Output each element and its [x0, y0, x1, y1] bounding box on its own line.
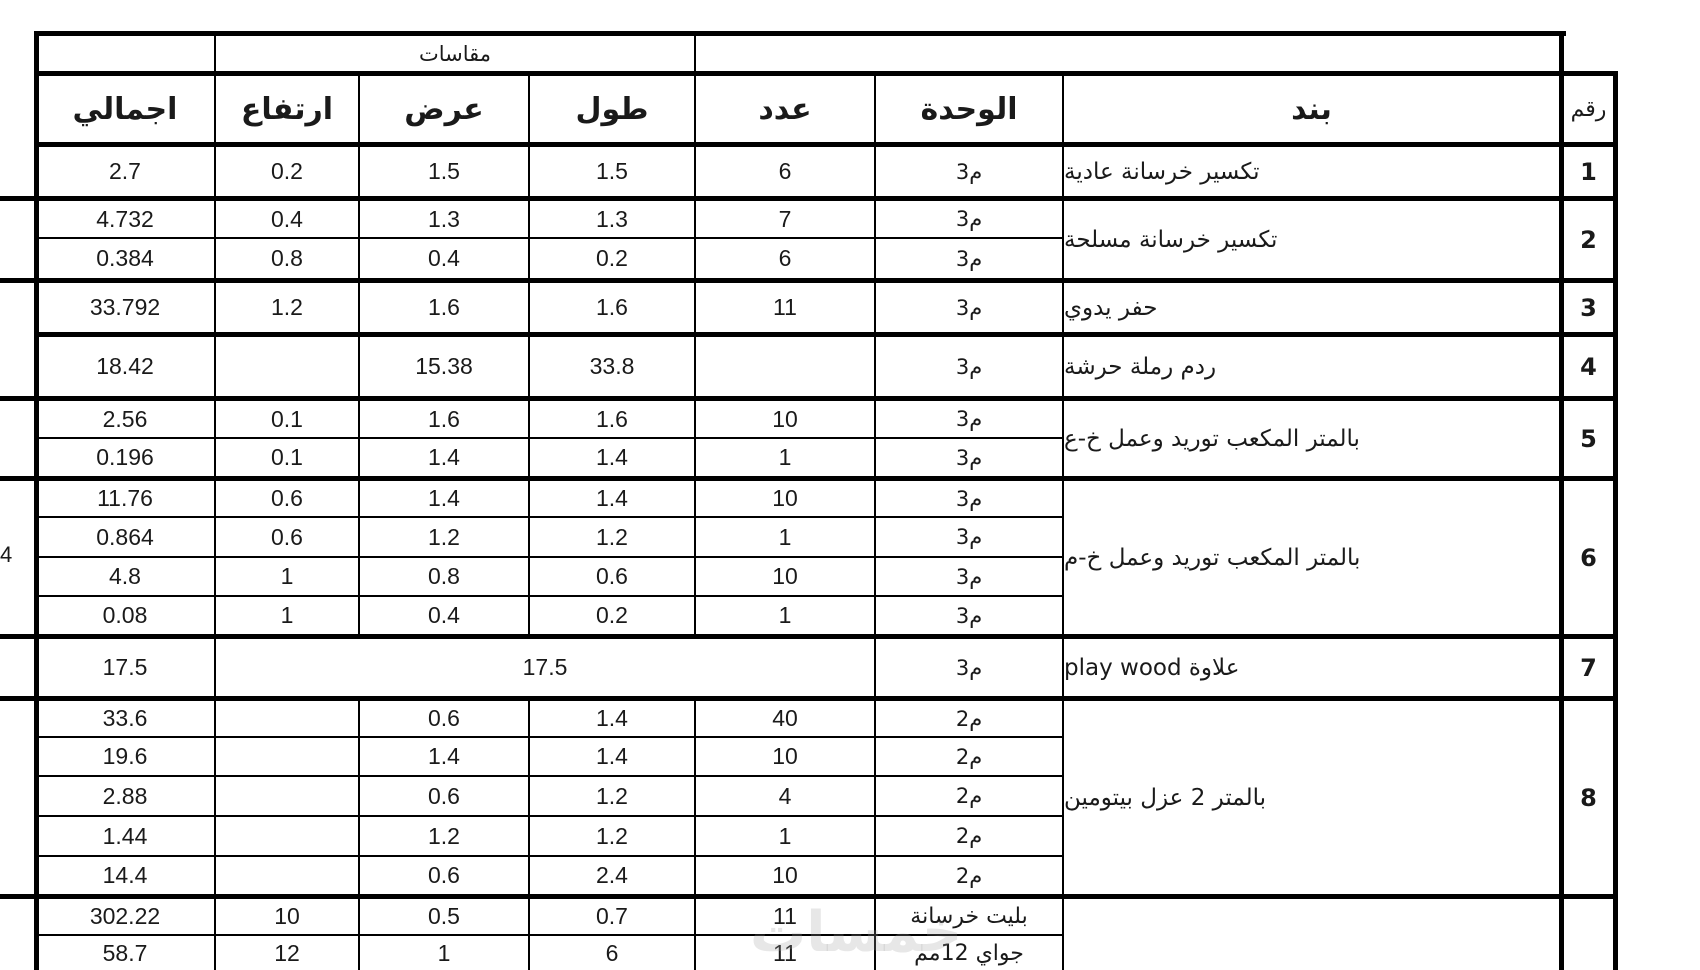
column-header-unit: الوحدة: [876, 76, 1062, 142]
cell-height: 0.1: [216, 401, 358, 437]
item-description: تكسير خرسانة مسلحة: [1064, 201, 1559, 278]
cell-unit: م3: [876, 481, 1062, 516]
cell-length: 0.7: [530, 899, 694, 934]
cell-height: [216, 857, 358, 894]
cell-height: [216, 817, 358, 855]
cell-height: [216, 777, 358, 815]
cell-height: 0.6: [216, 481, 358, 516]
cell-width: 1.4: [360, 481, 528, 516]
column-header-length: طول: [530, 76, 694, 142]
cell-unit: م3: [876, 439, 1062, 476]
cell-width: 0.4: [360, 239, 528, 278]
cell-unit: م2: [876, 701, 1062, 736]
cell-height: [216, 701, 358, 736]
cell-total: 2.88: [36, 777, 214, 815]
cell-count: 11: [696, 899, 874, 934]
cell-unit: م3: [876, 147, 1062, 196]
cell-width: 1.5: [360, 147, 528, 196]
item-number: 5: [1564, 401, 1613, 476]
cell-width: 1: [360, 936, 528, 970]
item-description: ردم رملة حرشة: [1064, 337, 1559, 396]
cell-count: 6: [696, 147, 874, 196]
cell-width: 1.4: [360, 439, 528, 476]
cell-width: 1.2: [360, 817, 528, 855]
cell-count: 6: [696, 239, 874, 278]
group-header-measurements: مقاسات: [216, 36, 694, 72]
cell-count: 1: [696, 597, 874, 634]
cell-length: 1.4: [530, 701, 694, 736]
cell-length: 1.2: [530, 817, 694, 855]
item-description: بالمتر 2 عزل بيتومين: [1064, 701, 1559, 894]
cell-height: 1: [216, 597, 358, 634]
cell-count: 10: [696, 738, 874, 775]
cell-width: 0.8: [360, 558, 528, 595]
cell-length: 1.3: [530, 201, 694, 237]
cell-unit: جواي 12مم: [876, 936, 1062, 970]
cell-length: 1.4: [530, 481, 694, 516]
cell-unit: م2: [876, 817, 1062, 855]
cell-count: 11: [696, 283, 874, 332]
cell-width: 0.6: [360, 701, 528, 736]
cell-length: 1.2: [530, 777, 694, 815]
cell-height: 10: [216, 899, 358, 934]
cell-total: 33.6: [36, 701, 214, 736]
cell-total: 0.864: [36, 518, 214, 556]
item-description: بالمتر المكعب توريد وعمل خ-ع: [1064, 401, 1559, 476]
item-number: 4: [1564, 337, 1613, 396]
cell-length: 0.6: [530, 558, 694, 595]
cell-height: 0.8: [216, 239, 358, 278]
cell-unit: م2: [876, 857, 1062, 894]
cell-height: 0.6: [216, 518, 358, 556]
cell-width: 1.3: [360, 201, 528, 237]
cell-width: 0.6: [360, 777, 528, 815]
cell-count: 10: [696, 401, 874, 437]
cell-length: 0.2: [530, 597, 694, 634]
cell-width: 0.5: [360, 899, 528, 934]
column-header-height: ارتفاع: [216, 76, 358, 142]
cell-count: 1: [696, 817, 874, 855]
cell-length: 33.8: [530, 337, 694, 396]
item-number: 6: [1564, 481, 1613, 634]
column-header-width: عرض: [360, 76, 528, 142]
cell-length: 1.6: [530, 401, 694, 437]
item-number: 2: [1564, 201, 1613, 278]
cell-count: 10: [696, 558, 874, 595]
cell-count: 4: [696, 777, 874, 815]
item-number: 8: [1564, 701, 1613, 894]
cell-unit: م2: [876, 738, 1062, 775]
cell-total: 14.4: [36, 857, 214, 894]
cell-unit: م3: [876, 401, 1062, 437]
cell-width: 1.6: [360, 401, 528, 437]
cell-width: 1.2: [360, 518, 528, 556]
cell-length: 0.2: [530, 239, 694, 278]
cell-count: 7: [696, 201, 874, 237]
column-header-total: اجمالي: [36, 76, 214, 142]
cell-total: 4.8: [36, 558, 214, 595]
cell-height: 1: [216, 558, 358, 595]
cell-width: 0.4: [360, 597, 528, 634]
cell-unit: م3: [876, 597, 1062, 634]
item-number: 1: [1564, 147, 1613, 196]
cell-unit: م3: [876, 558, 1062, 595]
cut-off-fragment: 4: [0, 476, 14, 634]
cell-length: 6: [530, 936, 694, 970]
column-header-count: عدد: [696, 76, 874, 142]
cell-length: 1.5: [530, 147, 694, 196]
cell-count: 10: [696, 481, 874, 516]
cell-total: 302.22: [36, 899, 214, 934]
cell-total: 58.7: [36, 936, 214, 970]
cell-total: 1.44: [36, 817, 214, 855]
cell-merged-measurement: 17.5: [216, 639, 874, 696]
cell-unit: م3: [876, 518, 1062, 556]
cell-height: 1.2: [216, 283, 358, 332]
item-description: تكسير خرسانة عادية: [1064, 147, 1559, 196]
cell-height: 12: [216, 936, 358, 970]
cell-total: 2.7: [36, 147, 214, 196]
cell-width: 1.4: [360, 738, 528, 775]
cell-total: 0.08: [36, 597, 214, 634]
cell-length: 1.6: [530, 283, 694, 332]
item-description: بالمتر المكعب توريد وعمل خ-م: [1064, 481, 1559, 634]
cell-count: 1: [696, 439, 874, 476]
cell-count: 1: [696, 518, 874, 556]
cell-unit: م3: [876, 201, 1062, 237]
cell-unit: م3: [876, 639, 1062, 696]
cell-height: 0.4: [216, 201, 358, 237]
column-header-number: رقم: [1564, 76, 1613, 142]
cell-total: 18.42: [36, 337, 214, 396]
cell-count: 10: [696, 857, 874, 894]
cell-height: 0.1: [216, 439, 358, 476]
col-border-right: [1613, 71, 1618, 970]
cell-count: 40: [696, 701, 874, 736]
cell-length: 1.4: [530, 439, 694, 476]
cell-unit: بليت خرسانة: [876, 899, 1062, 934]
cell-length: 1.2: [530, 518, 694, 556]
cell-width: 1.6: [360, 283, 528, 332]
cell-total: 2.56: [36, 401, 214, 437]
cell-width: 15.38: [360, 337, 528, 396]
item-number: 3: [1564, 283, 1613, 332]
cell-height: [216, 738, 358, 775]
cell-unit: م3: [876, 337, 1062, 396]
cell-height: [216, 337, 358, 396]
cell-width: 0.6: [360, 857, 528, 894]
cell-unit: م2: [876, 777, 1062, 815]
item-description: حفر يدوي: [1064, 283, 1559, 332]
cell-count: [696, 337, 874, 396]
cell-length: 1.4: [530, 738, 694, 775]
item-description: علاوة play wood: [1064, 639, 1559, 696]
cell-unit: م3: [876, 239, 1062, 278]
cell-total: 19.6: [36, 738, 214, 775]
cell-count: 11: [696, 936, 874, 970]
cell-unit: م3: [876, 283, 1062, 332]
cell-height: 0.2: [216, 147, 358, 196]
item-number: 7: [1564, 639, 1613, 696]
cell-total: 11.76: [36, 481, 214, 516]
cell-total: 17.5: [36, 639, 214, 696]
cell-total: 4.732: [36, 201, 214, 237]
cell-total: 33.792: [36, 283, 214, 332]
cell-length: 2.4: [530, 857, 694, 894]
column-header-item: بند: [1064, 76, 1559, 142]
cell-total: 0.196: [36, 439, 214, 476]
cell-total: 0.384: [36, 239, 214, 278]
